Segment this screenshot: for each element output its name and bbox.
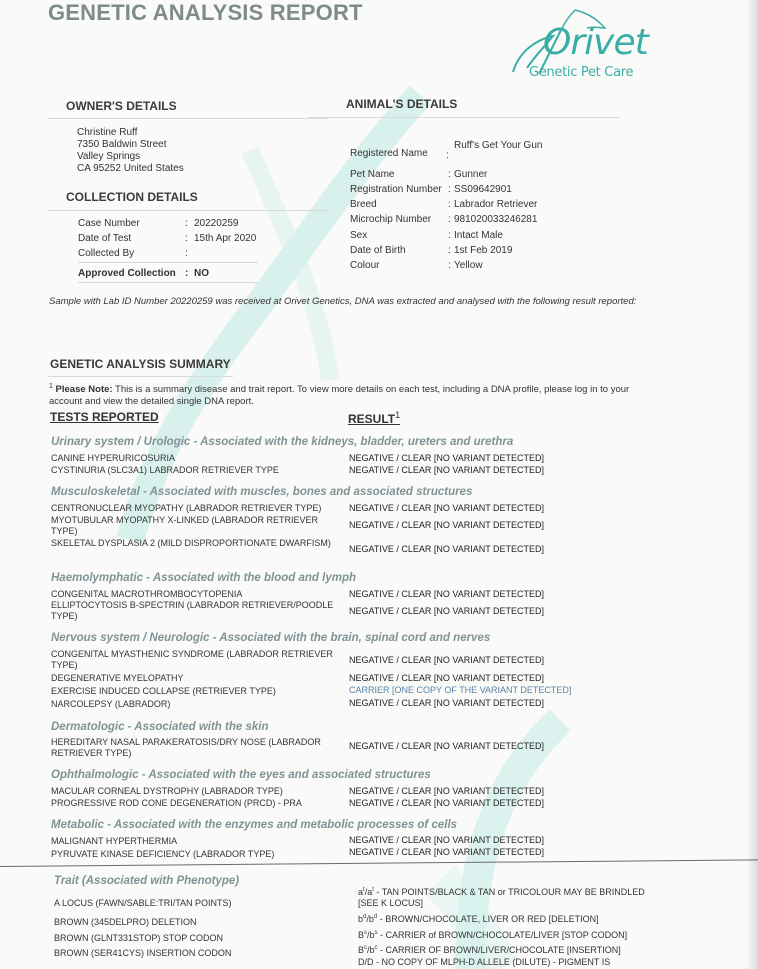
trait-name: A LOCUS (FAWN/SABLE:TRI/TAN POINTS)	[54, 898, 232, 908]
report-page: GENETIC ANALYSIS REPORT Orivet Genetic P…	[0, 0, 758, 969]
sex-value: Intact Male	[454, 230, 503, 241]
test-result: NEGATIVE / CLEAR [NO VARIANT DETECTED]	[349, 655, 544, 665]
test-name: CONGENITAL MACROTHROMBOCYTOPENIA	[51, 589, 341, 600]
colon: :	[448, 245, 451, 256]
test-name: CANINE HYPERURICOSURIA	[51, 453, 341, 464]
trait-result: at/at - TAN POINTS/BLACK & TAN or TRICOL…	[358, 885, 658, 909]
genotype-sup: t	[363, 887, 365, 893]
logo-brand-text: Orivet	[543, 22, 648, 63]
genotype: D/D	[358, 957, 374, 967]
summary-heading: GENETIC ANALYSIS SUMMARY	[50, 357, 231, 371]
test-name: CENTRONUCLEAR MYOPATHY (LABRADOR RETRIEV…	[51, 503, 341, 514]
date-of-test-label: Date of Test	[78, 233, 131, 244]
test-name: DEGENERATIVE MYELOPATHY	[51, 673, 341, 684]
summary-divider	[48, 376, 233, 377]
owner-name: Christine Ruff	[77, 127, 184, 139]
trait-name: BROWN (345DELPRO) DELETION	[54, 917, 197, 927]
scan-edge-shadow	[746, 0, 758, 969]
test-name: HEREDITARY NASAL PARAKERATOSIS/DRY NOSE …	[51, 737, 341, 759]
test-result: NEGATIVE / CLEAR [NO VARIANT DETECTED]	[349, 835, 544, 845]
test-result: NEGATIVE / CLEAR [NO VARIANT DETECTED]	[349, 606, 544, 616]
approved-collection-value: NO	[194, 268, 209, 279]
summary-note: 1 Please Note: This is a summary disease…	[49, 381, 649, 408]
trait-result-text: - CARRIER OF BROWN/LIVER/CHOCOLATE [INSE…	[378, 945, 621, 955]
page-break-line	[0, 859, 758, 867]
colon: :	[448, 169, 451, 180]
approved-collection-label: Approved Collection	[78, 268, 176, 279]
pet-name-value: Gunner	[454, 169, 487, 180]
colon: :	[448, 199, 451, 210]
intro-text: Sample with Lab ID Number 20220259 was r…	[49, 296, 649, 308]
test-name: EXERCISE INDUCED COLLAPSE (RETRIEVER TYP…	[51, 686, 341, 697]
category-heading: Metabolic - Associated with the enzymes …	[51, 819, 457, 831]
colon: :	[448, 184, 451, 195]
trait-result-text: - NO COPY OF MLPH-D ALLELE (DILUTE) - PI…	[374, 957, 611, 967]
test-result: NEGATIVE / CLEAR [NO VARIANT DETECTED]	[349, 465, 544, 475]
test-result: NEGATIVE / CLEAR [NO VARIANT DETECTED]	[349, 847, 544, 857]
test-name: SKELETAL DYSPLASIA 2 (MILD DISPROPORTION…	[51, 538, 341, 549]
date-of-birth-label: Date of Birth	[350, 245, 406, 256]
test-result: NEGATIVE / CLEAR [NO VARIANT DETECTED]	[349, 544, 544, 554]
test-name: MYOTUBULAR MYOPATHY X-LINKED (LABRADOR R…	[51, 515, 341, 537]
case-number-label: Case Number	[78, 218, 140, 229]
case-number-value: 20220259	[194, 218, 239, 229]
colon: :	[446, 150, 449, 161]
trait-result: bd/bd - BROWN/CHOCOLATE, LIVER OR RED [D…	[358, 912, 658, 925]
test-name: MALIGNANT HYPERTHERMIA	[51, 836, 341, 847]
trait-name: BROWN (GLNT331STOP) STOP CODON	[54, 933, 223, 943]
breed-value: Labrador Retriever	[454, 199, 537, 210]
test-result: NEGATIVE / CLEAR [NO VARIANT DETECTED]	[349, 741, 544, 751]
colon: :	[448, 260, 451, 271]
colon: :	[185, 218, 188, 229]
test-result: NEGATIVE / CLEAR [NO VARIANT DETECTED]	[349, 673, 544, 683]
animal-divider	[308, 117, 620, 118]
registration-number-value: SS09642901	[454, 184, 512, 195]
colon: :	[185, 248, 188, 259]
genotype-sup: s	[364, 930, 367, 936]
test-result: NEGATIVE / CLEAR [NO VARIANT DETECTED]	[349, 520, 544, 530]
test-name: ELLIPTOCYTOSIS B-SPECTRIN (LABRADOR RETR…	[51, 600, 341, 622]
test-result: NEGATIVE / CLEAR [NO VARIANT DETECTED]	[349, 798, 544, 808]
logo-tagline: Genetic Pet Care	[529, 65, 633, 80]
collection-divider	[48, 210, 328, 211]
collection-fields: Case Number : 20220259 Date of Test : 15…	[78, 218, 318, 288]
note-label: Please Note:	[56, 384, 113, 395]
category-heading: Dermatologic - Associated with the skin	[51, 721, 268, 733]
owner-divider	[48, 118, 328, 119]
pet-name-label: Pet Name	[350, 169, 394, 180]
breed-label: Breed	[350, 199, 377, 210]
collection-details-heading: COLLECTION DETAILS	[66, 190, 198, 204]
test-result-carrier: CARRIER [ONE COPY OF THE VARIANT DETECTE…	[349, 685, 571, 695]
collected-by-divider	[78, 262, 258, 263]
genotype-sup: c	[364, 945, 367, 951]
animal-fields: Registered Name : Ruff's Get Your Gun Pe…	[350, 140, 600, 280]
category-heading: Urinary system / Urologic - Associated w…	[51, 436, 513, 448]
microchip-number-label: Microchip Number	[350, 214, 431, 225]
colour-label: Colour	[350, 260, 379, 271]
genotype-sup: d	[363, 914, 366, 920]
animal-details-heading: ANIMAL'S DETAILS	[346, 97, 457, 111]
registered-name-label: Registered Name	[350, 148, 428, 159]
result-header-label: RESULT	[348, 412, 395, 426]
note-marker: 1	[49, 383, 53, 390]
date-of-birth-value: 1st Feb 2019	[454, 245, 512, 256]
result-header-sup: 1	[395, 410, 400, 420]
colon: :	[448, 230, 451, 241]
microchip-number-value: 981020033246281	[454, 214, 537, 225]
trait-result-text: - BROWN/CHOCOLATE, LIVER OR RED [DELETIO…	[377, 914, 598, 924]
owner-state-country: CA 95252 United States	[77, 163, 184, 175]
test-name: PROGRESSIVE ROD CONE DEGENERATION (PRCD)…	[51, 798, 341, 809]
date-of-test-value: 15th Apr 2020	[194, 233, 256, 244]
note-text: This is a summary disease and trait repo…	[49, 384, 629, 407]
trait-result-text: - CARRIER of BROWN/CHOCOLATE/LIVER [STOP…	[378, 930, 628, 940]
owner-city: Valley Springs	[77, 151, 184, 163]
test-result: NEGATIVE / CLEAR [NO VARIANT DETECTED]	[349, 503, 544, 513]
test-result: NEGATIVE / CLEAR [NO VARIANT DETECTED]	[349, 589, 544, 599]
colour-value: Yellow	[454, 260, 483, 271]
test-result: NEGATIVE / CLEAR [NO VARIANT DETECTED]	[349, 453, 544, 463]
trait-result: Bc/bc - CARRIER OF BROWN/LIVER/CHOCOLATE…	[358, 943, 658, 956]
colon: :	[448, 214, 451, 225]
category-heading: Nervous system / Neurologic - Associated…	[51, 632, 490, 644]
owner-street: 7350 Baldwin Street	[77, 139, 184, 151]
report-title: GENETIC ANALYSIS REPORT	[48, 0, 363, 26]
test-name: CYSTINURIA (SLC3A1) LABRADOR RETRIEVER T…	[51, 465, 341, 476]
trait-result: Bs/bs - CARRIER of BROWN/CHOCOLATE/LIVER…	[358, 928, 658, 941]
test-result: NEGATIVE / CLEAR [NO VARIANT DETECTED]	[349, 786, 544, 796]
test-name: NARCOLEPSY (LABRADOR)	[51, 699, 341, 710]
trait-name: BROWN (SER41CYS) INSERTION CODON	[54, 948, 231, 958]
test-name: MACULAR CORNEAL DYSTROPHY (LABRADOR TYPE…	[51, 786, 341, 797]
colon: :	[185, 268, 188, 279]
collected-by-label: Collected By	[78, 248, 134, 259]
trait-result-text: - TAN POINTS/BLACK & TAN or TRICOLOUR MA…	[358, 887, 645, 908]
category-heading: Haemolymphatic - Associated with the blo…	[51, 572, 356, 584]
owner-details-heading: OWNER'S DETAILS	[66, 99, 177, 113]
test-name: CONGENITAL MYASTHENIC SYNDROME (LABRADOR…	[51, 649, 341, 671]
registration-number-label: Registration Number	[350, 184, 442, 195]
orivet-logo: Orivet Genetic Pet Care	[505, 2, 645, 84]
approved-divider	[78, 282, 258, 283]
tests-reported-header: TESTS REPORTED	[50, 410, 159, 424]
owner-address: Christine Ruff 7350 Baldwin Street Valle…	[77, 127, 184, 175]
registered-name-value: Ruff's Get Your Gun	[454, 140, 544, 152]
category-heading: Ophthalmologic - Associated with the eye…	[51, 769, 431, 781]
test-name: PYRUVATE KINASE DEFICIENCY (LABRADOR TYP…	[51, 849, 341, 860]
test-result: NEGATIVE / CLEAR [NO VARIANT DETECTED]	[349, 698, 544, 708]
trait-heading: Trait (Associated with Phenotype)	[54, 875, 239, 887]
trait-result: D/D - NO COPY OF MLPH-D ALLELE (DILUTE) …	[358, 957, 658, 968]
category-heading: Musculoskeletal - Associated with muscle…	[51, 486, 472, 498]
colon: :	[185, 233, 188, 244]
result-header: RESULT1	[348, 410, 400, 426]
sex-label: Sex	[350, 230, 367, 241]
